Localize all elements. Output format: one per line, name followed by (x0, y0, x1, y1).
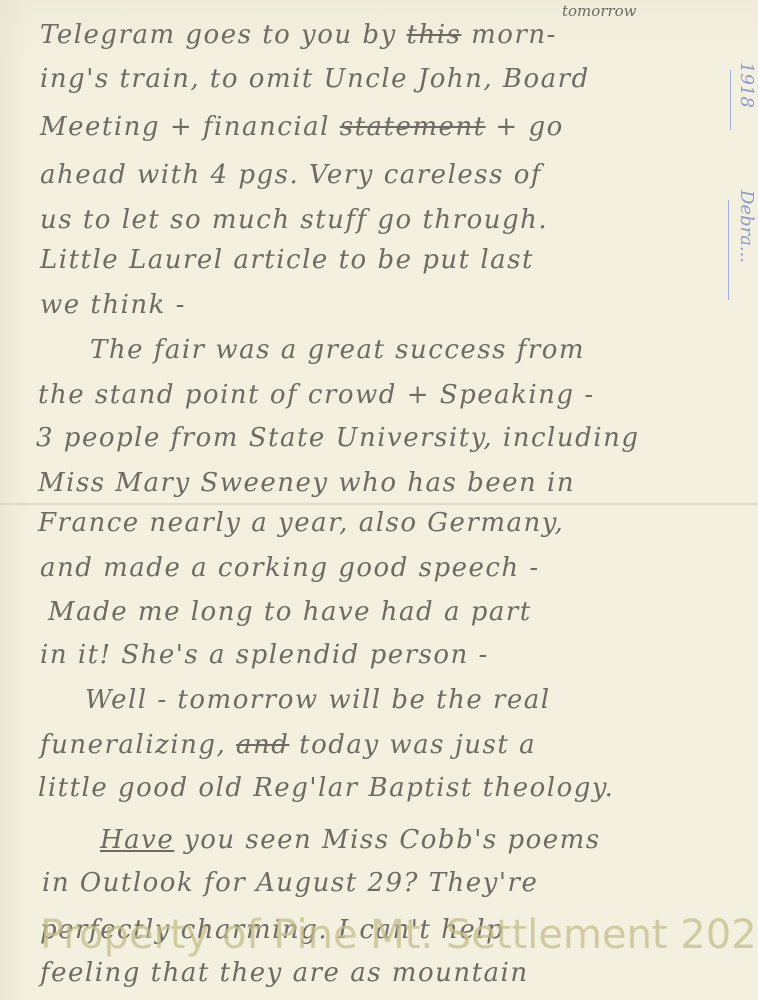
letter-line-7: we think - (40, 290, 186, 320)
letter-line-20: in Outlook for August 29? They're (42, 868, 538, 898)
letter-line-16: Well - tomorrow will be the real (85, 685, 551, 715)
watermark: Property of Pine Mt. Settlement 2021 (40, 912, 758, 958)
margin-note-year: 1918 (736, 62, 757, 108)
margin-note-name: Debra... (736, 190, 757, 263)
letter-line-5: us to let so much stuff go through. (40, 205, 548, 235)
letter-line-22: feeling that they are as mountain (40, 958, 529, 988)
letter-line-15: in it! She's a splendid person - (40, 640, 489, 670)
letter-line-4: ahead with 4 pgs. Very careless of (40, 160, 542, 190)
letter-line-3: Meeting + financial statement + go (40, 112, 564, 142)
letter-line-17: funeralizing, and today was just a (40, 730, 536, 760)
letter-line-19: Have you seen Miss Cobb's poems (100, 825, 601, 855)
letter-line-1: Telegram goes to you by this morn- (40, 20, 557, 50)
inserted-word: tomorrow (562, 2, 637, 20)
letter-line-11: Miss Mary Sweeney who has been in (38, 468, 575, 498)
letter-line-12: France nearly a year, also Germany, (38, 508, 564, 538)
letter-line-2: ing's train, to omit Uncle John, Board (40, 64, 590, 94)
letter-line-10: 3 people from State University, includin… (36, 423, 639, 453)
letter-line-18: little good old Reg'lar Baptist theology… (38, 773, 614, 803)
letter-line-9: the stand point of crowd + Speaking - (38, 380, 595, 410)
paper-fold-crease (0, 503, 758, 505)
letter-line-14: Made me long to have had a part (48, 597, 532, 627)
letter-line-8: The fair was a great success from (90, 335, 585, 365)
margin-rule-2 (728, 200, 729, 300)
letter-page: tomorrow Telegram goes to you by this mo… (0, 0, 758, 1000)
margin-rule-1 (730, 70, 731, 130)
letter-line-6: Little Laurel article to be put last (40, 245, 534, 275)
letter-line-13: and made a corking good speech - (40, 553, 540, 583)
